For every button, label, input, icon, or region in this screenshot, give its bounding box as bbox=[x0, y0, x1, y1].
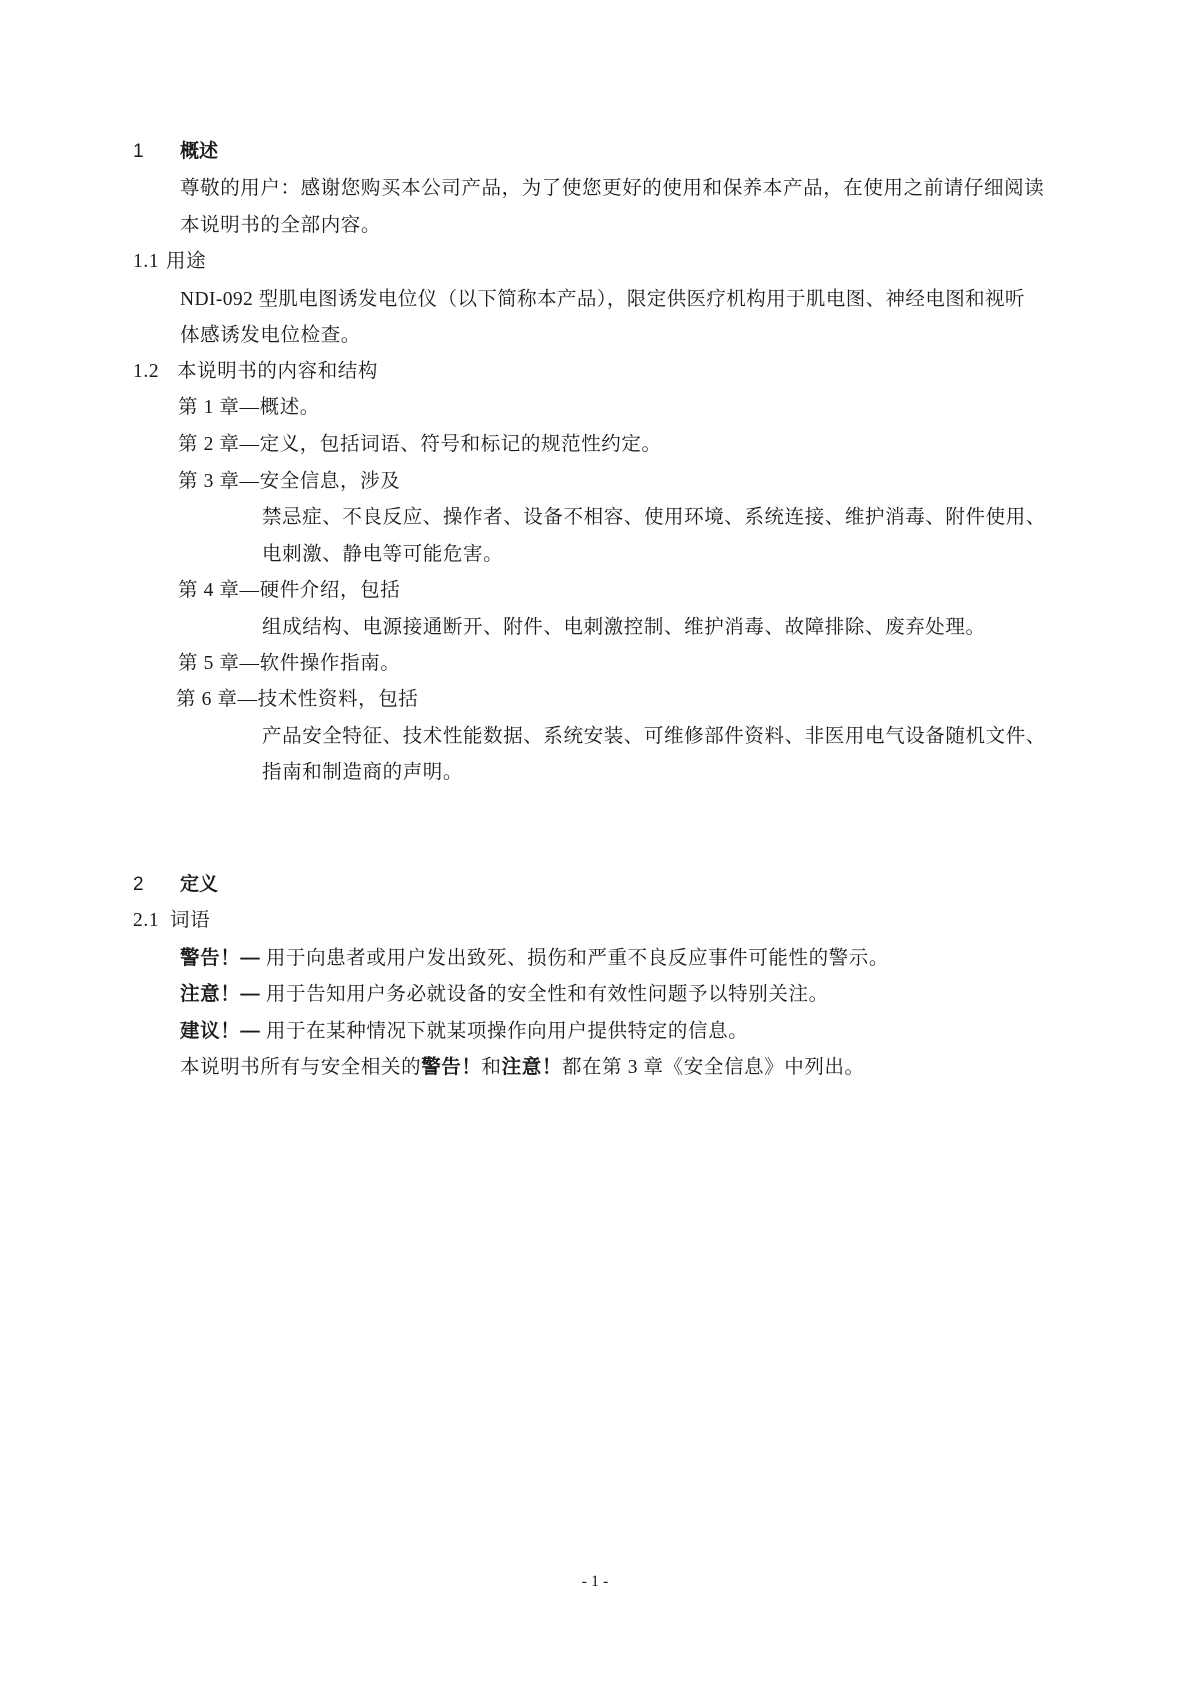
term-definition: 用于在某种情况下就某项操作向用户提供特定的信息。 bbox=[260, 1021, 748, 1042]
chapter-item-6: 第 6 章—技术性资料，包括 bbox=[176, 688, 418, 712]
intro-paragraph-line: 本说明书的全部内容。 bbox=[180, 214, 381, 238]
term-definition: 用于告知用户务必就设备的安全性和有效性问题予以特别关注。 bbox=[260, 984, 828, 1005]
term-definition-warning: 警告！— 用于向患者或用户发出致死、损伤和严重不良反应事件可能性的警示。 bbox=[180, 946, 889, 971]
chapter-6-detail-line: 指南和制造商的声明。 bbox=[262, 761, 463, 785]
subsection-heading-1-1: 1.1用途 bbox=[133, 250, 206, 274]
subsection-title: 用途 bbox=[166, 251, 206, 272]
chapter-item-1: 第 1 章—概述。 bbox=[178, 396, 320, 420]
chapter-4-detail-line: 组成结构、电源接通断开、附件、电刺激控制、维护消毒、故障排除、废弃处理。 bbox=[262, 616, 986, 640]
subsection-number: 2.1 bbox=[133, 909, 170, 933]
subsection-title: 词语 bbox=[170, 910, 210, 931]
term-definition-advice: 建议！— 用于在某种情况下就某项操作向用户提供特定的信息。 bbox=[180, 1019, 748, 1044]
section-number: 2 bbox=[133, 873, 144, 897]
summary-paragraph: 本说明书所有与安全相关的警告！和注意！都在第 3 章《安全信息》中列出。 bbox=[180, 1055, 865, 1080]
chapter-item-5: 第 5 章—软件操作指南。 bbox=[178, 652, 400, 676]
summary-text: 本说明书所有与安全相关的 bbox=[180, 1057, 421, 1078]
chapter-item-4: 第 4 章—硬件介绍，包括 bbox=[178, 579, 400, 603]
chapter-item-2: 第 2 章—定义，包括词语、符号和标记的规范性约定。 bbox=[178, 433, 662, 457]
summary-bold-caution: 注意！ bbox=[502, 1056, 562, 1078]
term-definition-caution: 注意！— 用于告知用户务必就设备的安全性和有效性问题予以特别关注。 bbox=[180, 982, 829, 1007]
chapter-3-detail-line: 禁忌症、不良反应、操作者、设备不相容、使用环境、系统连接、维护消毒、附件使用、 bbox=[262, 506, 1046, 530]
summary-text: 和 bbox=[482, 1057, 502, 1078]
subsection-number: 1.1 bbox=[133, 250, 166, 274]
subsection-number: 1.2 bbox=[133, 360, 177, 384]
term-label: 建议！— bbox=[180, 1020, 260, 1042]
intro-paragraph-line: 尊敬的用户：感谢您购买本公司产品，为了使您更好的使用和保养本产品，在使用之前请仔… bbox=[180, 177, 1044, 201]
document-page: 1 概述 尊敬的用户：感谢您购买本公司产品，为了使您更好的使用和保养本产品，在使… bbox=[0, 0, 1190, 1682]
chapter-6-detail-line: 产品安全特征、技术性能数据、系统安装、可维修部件资料、非医用电气设备随机文件、 bbox=[262, 725, 1046, 749]
term-label: 注意！— bbox=[180, 983, 260, 1005]
chapter-3-detail-line: 电刺激、静电等可能危害。 bbox=[262, 543, 503, 567]
subsection-heading-2-1: 2.1词语 bbox=[133, 909, 210, 933]
subsection-heading-1-2: 1.2本说明书的内容和结构 bbox=[133, 360, 378, 384]
summary-bold-warning: 警告！ bbox=[421, 1056, 481, 1078]
chapter-item-3: 第 3 章—安全信息，涉及 bbox=[178, 470, 400, 494]
section-title: 概述 bbox=[180, 140, 218, 164]
page-number: - 1 - bbox=[0, 1572, 1190, 1592]
section-title: 定义 bbox=[180, 873, 218, 897]
purpose-paragraph-line: 体感诱发电位检查。 bbox=[180, 324, 361, 348]
section-number: 1 bbox=[133, 140, 144, 164]
term-label: 警告！— bbox=[180, 947, 260, 969]
subsection-title: 本说明书的内容和结构 bbox=[177, 361, 378, 382]
purpose-paragraph-line: NDI-092 型肌电图诱发电位仪（以下简称本产品），限定供医疗机构用于肌电图、… bbox=[180, 288, 1025, 312]
term-definition: 用于向患者或用户发出致死、损伤和严重不良反应事件可能性的警示。 bbox=[260, 948, 889, 969]
summary-text: 都在第 3 章《安全信息》中列出。 bbox=[562, 1057, 865, 1078]
